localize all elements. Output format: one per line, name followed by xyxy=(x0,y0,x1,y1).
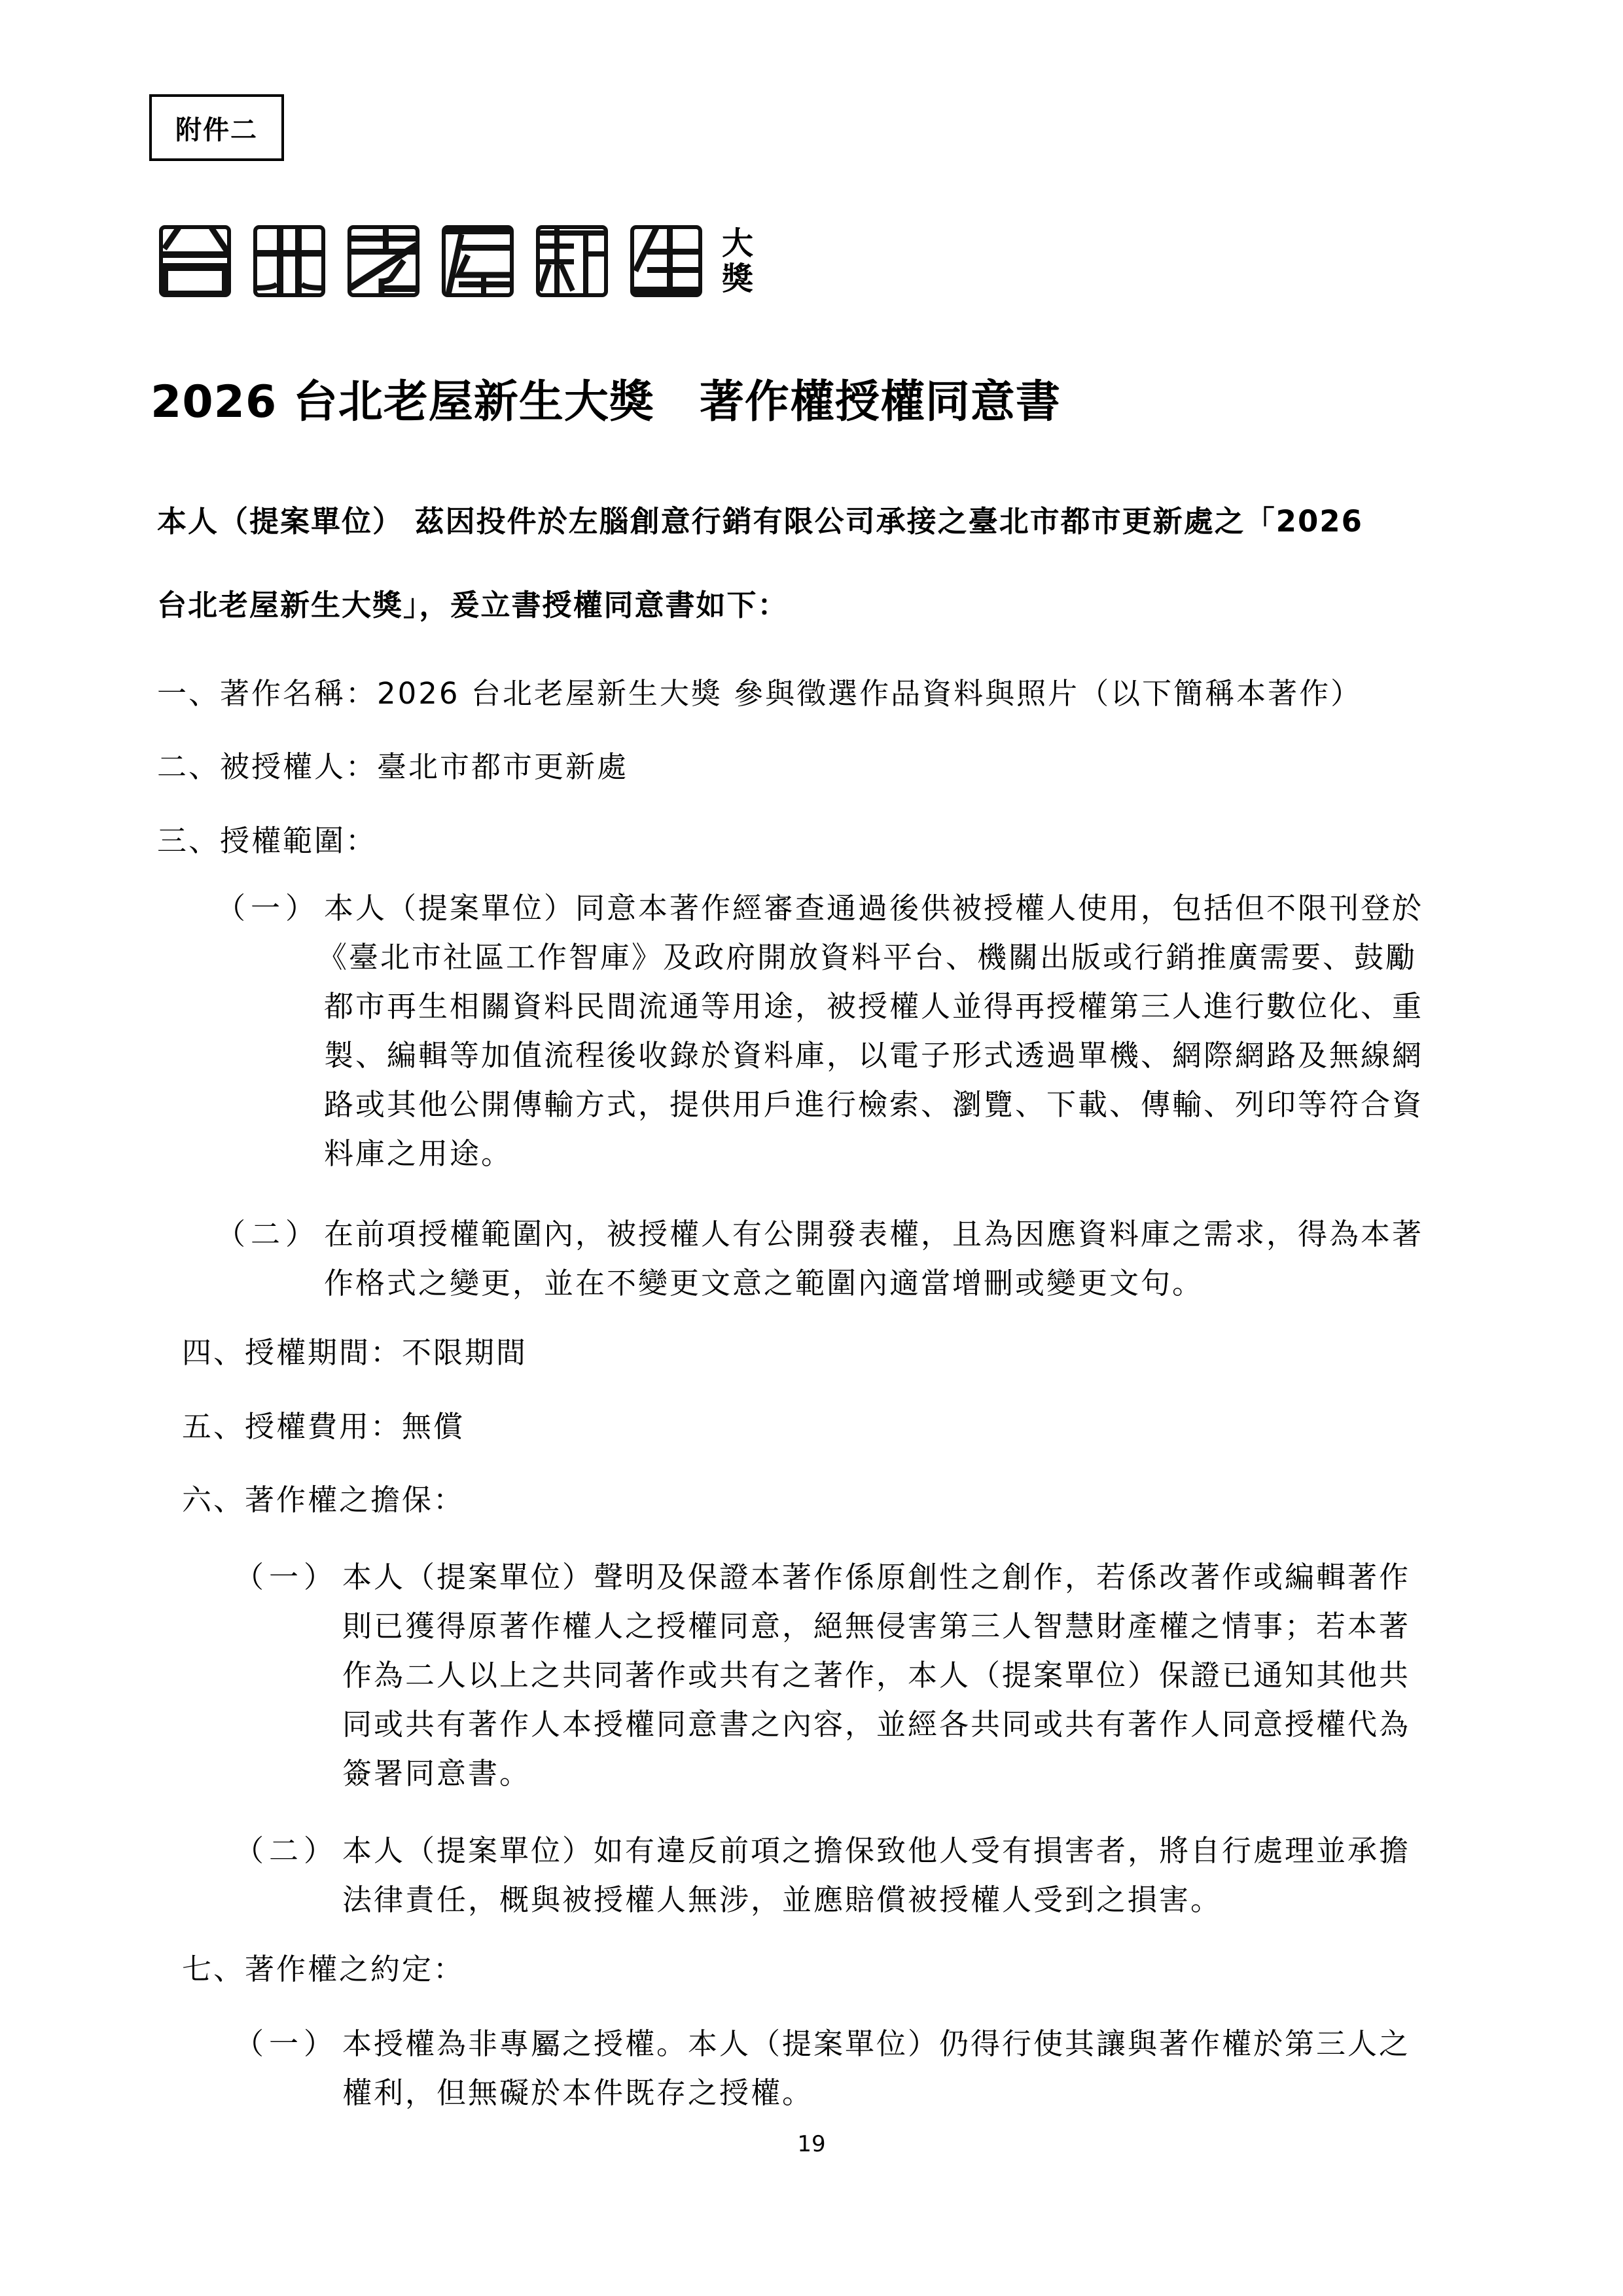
page-title: 2026 台北老屋新生大獎 著作權授權同意書 xyxy=(151,367,1061,430)
item-line: 同或共有著作人本授權同意書之內容，並經各共同或共有著作人同意授權代為 xyxy=(342,1700,1410,1749)
item-line: 本人（提案單位）如有違反前項之擔保致他人受有損害者，將自行處理並承擔 xyxy=(342,1826,1410,1875)
section-6-item-2: （二） 本人（提案單位）如有違反前項之擔保致他人受有損害者，將自行處理並承擔 法… xyxy=(234,1826,1410,1924)
section-heading: 授權範圍： xyxy=(220,823,377,858)
section-7: 七、著作權之約定： xyxy=(182,1945,465,1988)
item-label: （二） xyxy=(234,1826,342,1924)
section-heading: 著作名稱： xyxy=(220,676,377,711)
item-text: 本授權為非專屬之授權。本人（提案單位）仍得行使其讓與著作權於第三人之 權利，但無… xyxy=(342,2019,1410,2117)
section-6: 六、著作權之擔保： xyxy=(182,1476,465,1518)
logo-glyph-tai xyxy=(159,225,231,297)
section-number: 四、 xyxy=(182,1335,245,1370)
intro-line: 台北老屋新生大獎」，爰立書授權同意書如下： xyxy=(157,581,1466,665)
section-heading: 授權期間： xyxy=(245,1335,402,1370)
section-2: 二、被授權人：臺北市都市更新處 xyxy=(157,743,628,785)
item-label: （一） xyxy=(234,2019,342,2117)
section-number: 五、 xyxy=(182,1409,245,1444)
item-line: 簽署同意書。 xyxy=(342,1749,1410,1798)
item-text: 本人（提案單位）聲明及保證本著作係原創性之創作，若係改著作或編輯著作 則已獲得原… xyxy=(342,1552,1410,1798)
item-line: 法律責任，概與被授權人無涉，並應賠償被授權人受到之損害。 xyxy=(342,1875,1410,1924)
section-heading: 授權費用： xyxy=(245,1409,402,1444)
logo-subtitle-char-1: 大 xyxy=(722,226,753,261)
item-line: 路或其他公開傳輸方式，提供用戶進行檢索、瀏覽、下載、傳輸、列印等符合資 xyxy=(324,1080,1423,1129)
intro-line: 本人（提案單位） 茲因投件於左腦創意行銷有限公司承接之臺北市都市更新處之「202… xyxy=(157,497,1466,581)
item-line: 料庫之用途。 xyxy=(324,1129,1423,1178)
section-heading: 著作權之擔保： xyxy=(245,1482,465,1517)
section-heading: 被授權人： xyxy=(220,749,377,784)
item-label: （二） xyxy=(216,1210,324,1308)
section-number: 六、 xyxy=(182,1482,245,1517)
item-line: 權利，但無礙於本件既存之授權。 xyxy=(342,2068,1410,2117)
item-line: 作格式之變更，並在不變更文意之範圍內適當增刪或變更文句。 xyxy=(324,1259,1423,1308)
item-label: （一） xyxy=(234,1552,342,1798)
item-line: 作為二人以上之共同著作或共有之著作，本人（提案單位）保證已通知其他共 xyxy=(342,1651,1410,1700)
section-7-item-1: （一） 本授權為非專屬之授權。本人（提案單位）仍得行使其讓與著作權於第三人之 權… xyxy=(234,2019,1410,2117)
item-line: 在前項授權範圍內，被授權人有公開發表權，且為因應資料庫之需求，得為本著 xyxy=(324,1210,1423,1259)
section-3-item-2: （二） 在前項授權範圍內，被授權人有公開發表權，且為因應資料庫之需求，得為本著 … xyxy=(216,1210,1423,1308)
intro-paragraph: 本人（提案單位） 茲因投件於左腦創意行銷有限公司承接之臺北市都市更新處之「202… xyxy=(157,497,1466,665)
logo-glyph-lao xyxy=(348,225,419,297)
section-3: 三、授權範圍： xyxy=(157,817,377,859)
item-line: 《臺北市社區工作智庫》及政府開放資料平台、機關出版或行銷推廣需要、鼓勵 xyxy=(317,933,1423,982)
logo-glyph-xin xyxy=(536,225,608,297)
logo-glyph-sheng xyxy=(630,225,702,297)
item-line: 本人（提案單位）聲明及保證本著作係原創性之創作，若係改著作或編輯著作 xyxy=(342,1552,1410,1602)
section-6-item-1: （一） 本人（提案單位）聲明及保證本著作係原創性之創作，若係改著作或編輯著作 則… xyxy=(234,1552,1410,1798)
logo-subtitle-char-2: 獎 xyxy=(722,261,753,296)
item-line: 本授權為非專屬之授權。本人（提案單位）仍得行使其讓與著作權於第三人之 xyxy=(342,2019,1410,2068)
item-line: 都市再生相關資料民間流通等用途，被授權人並得再授權第三人進行數位化、重 xyxy=(324,982,1423,1031)
section-value: 無償 xyxy=(402,1409,465,1444)
annex-label: 附件二 xyxy=(175,109,258,147)
section-5: 五、授權費用：無償 xyxy=(182,1403,465,1445)
section-number: 三、 xyxy=(157,823,220,858)
item-text: 在前項授權範圍內，被授權人有公開發表權，且為因應資料庫之需求，得為本著 作格式之… xyxy=(324,1210,1423,1308)
item-line: 製、編輯等加值流程後收錄於資料庫，以電子形式透過單機、網際網路及無線網 xyxy=(324,1031,1423,1080)
logo-glyph-wu xyxy=(442,225,514,297)
section-number: 二、 xyxy=(157,749,220,784)
logo-subtitle: 大 獎 xyxy=(722,226,753,296)
item-line: 則已獲得原著作權人之授權同意，絕無侵害第三人智慧財產權之情事；若本著 xyxy=(342,1602,1410,1651)
section-value: 不限期間 xyxy=(402,1335,527,1370)
section-value: 臺北市都市更新處 xyxy=(377,749,628,784)
item-text: 本人（提案單位）同意本著作經審查通過後供被授權人使用，包括但不限刊登於 《臺北市… xyxy=(324,884,1423,1178)
item-text: 本人（提案單位）如有違反前項之擔保致他人受有損害者，將自行處理並承擔 法律責任，… xyxy=(342,1826,1410,1924)
award-logo: 大 獎 xyxy=(159,224,753,298)
annex-label-box: 附件二 xyxy=(149,94,284,161)
section-heading: 著作權之約定： xyxy=(245,1952,465,1986)
section-number: 一、 xyxy=(157,676,220,711)
section-3-item-1: （一） 本人（提案單位）同意本著作經審查通過後供被授權人使用，包括但不限刊登於 … xyxy=(216,884,1423,1178)
item-label: （一） xyxy=(216,884,324,1178)
section-value: 2026 台北老屋新生大獎 參與徵選作品資料與照片（以下簡稱本著作） xyxy=(377,676,1362,711)
section-4: 四、授權期間：不限期間 xyxy=(182,1329,527,1371)
logo-glyph-bei xyxy=(253,225,325,297)
section-1: 一、著作名稱：2026 台北老屋新生大獎 參與徵選作品資料與照片（以下簡稱本著作… xyxy=(157,670,1362,712)
page-number: 19 xyxy=(0,2131,1623,2157)
section-number: 七、 xyxy=(182,1952,245,1986)
item-line: 本人（提案單位）同意本著作經審查通過後供被授權人使用，包括但不限刊登於 xyxy=(324,884,1423,933)
